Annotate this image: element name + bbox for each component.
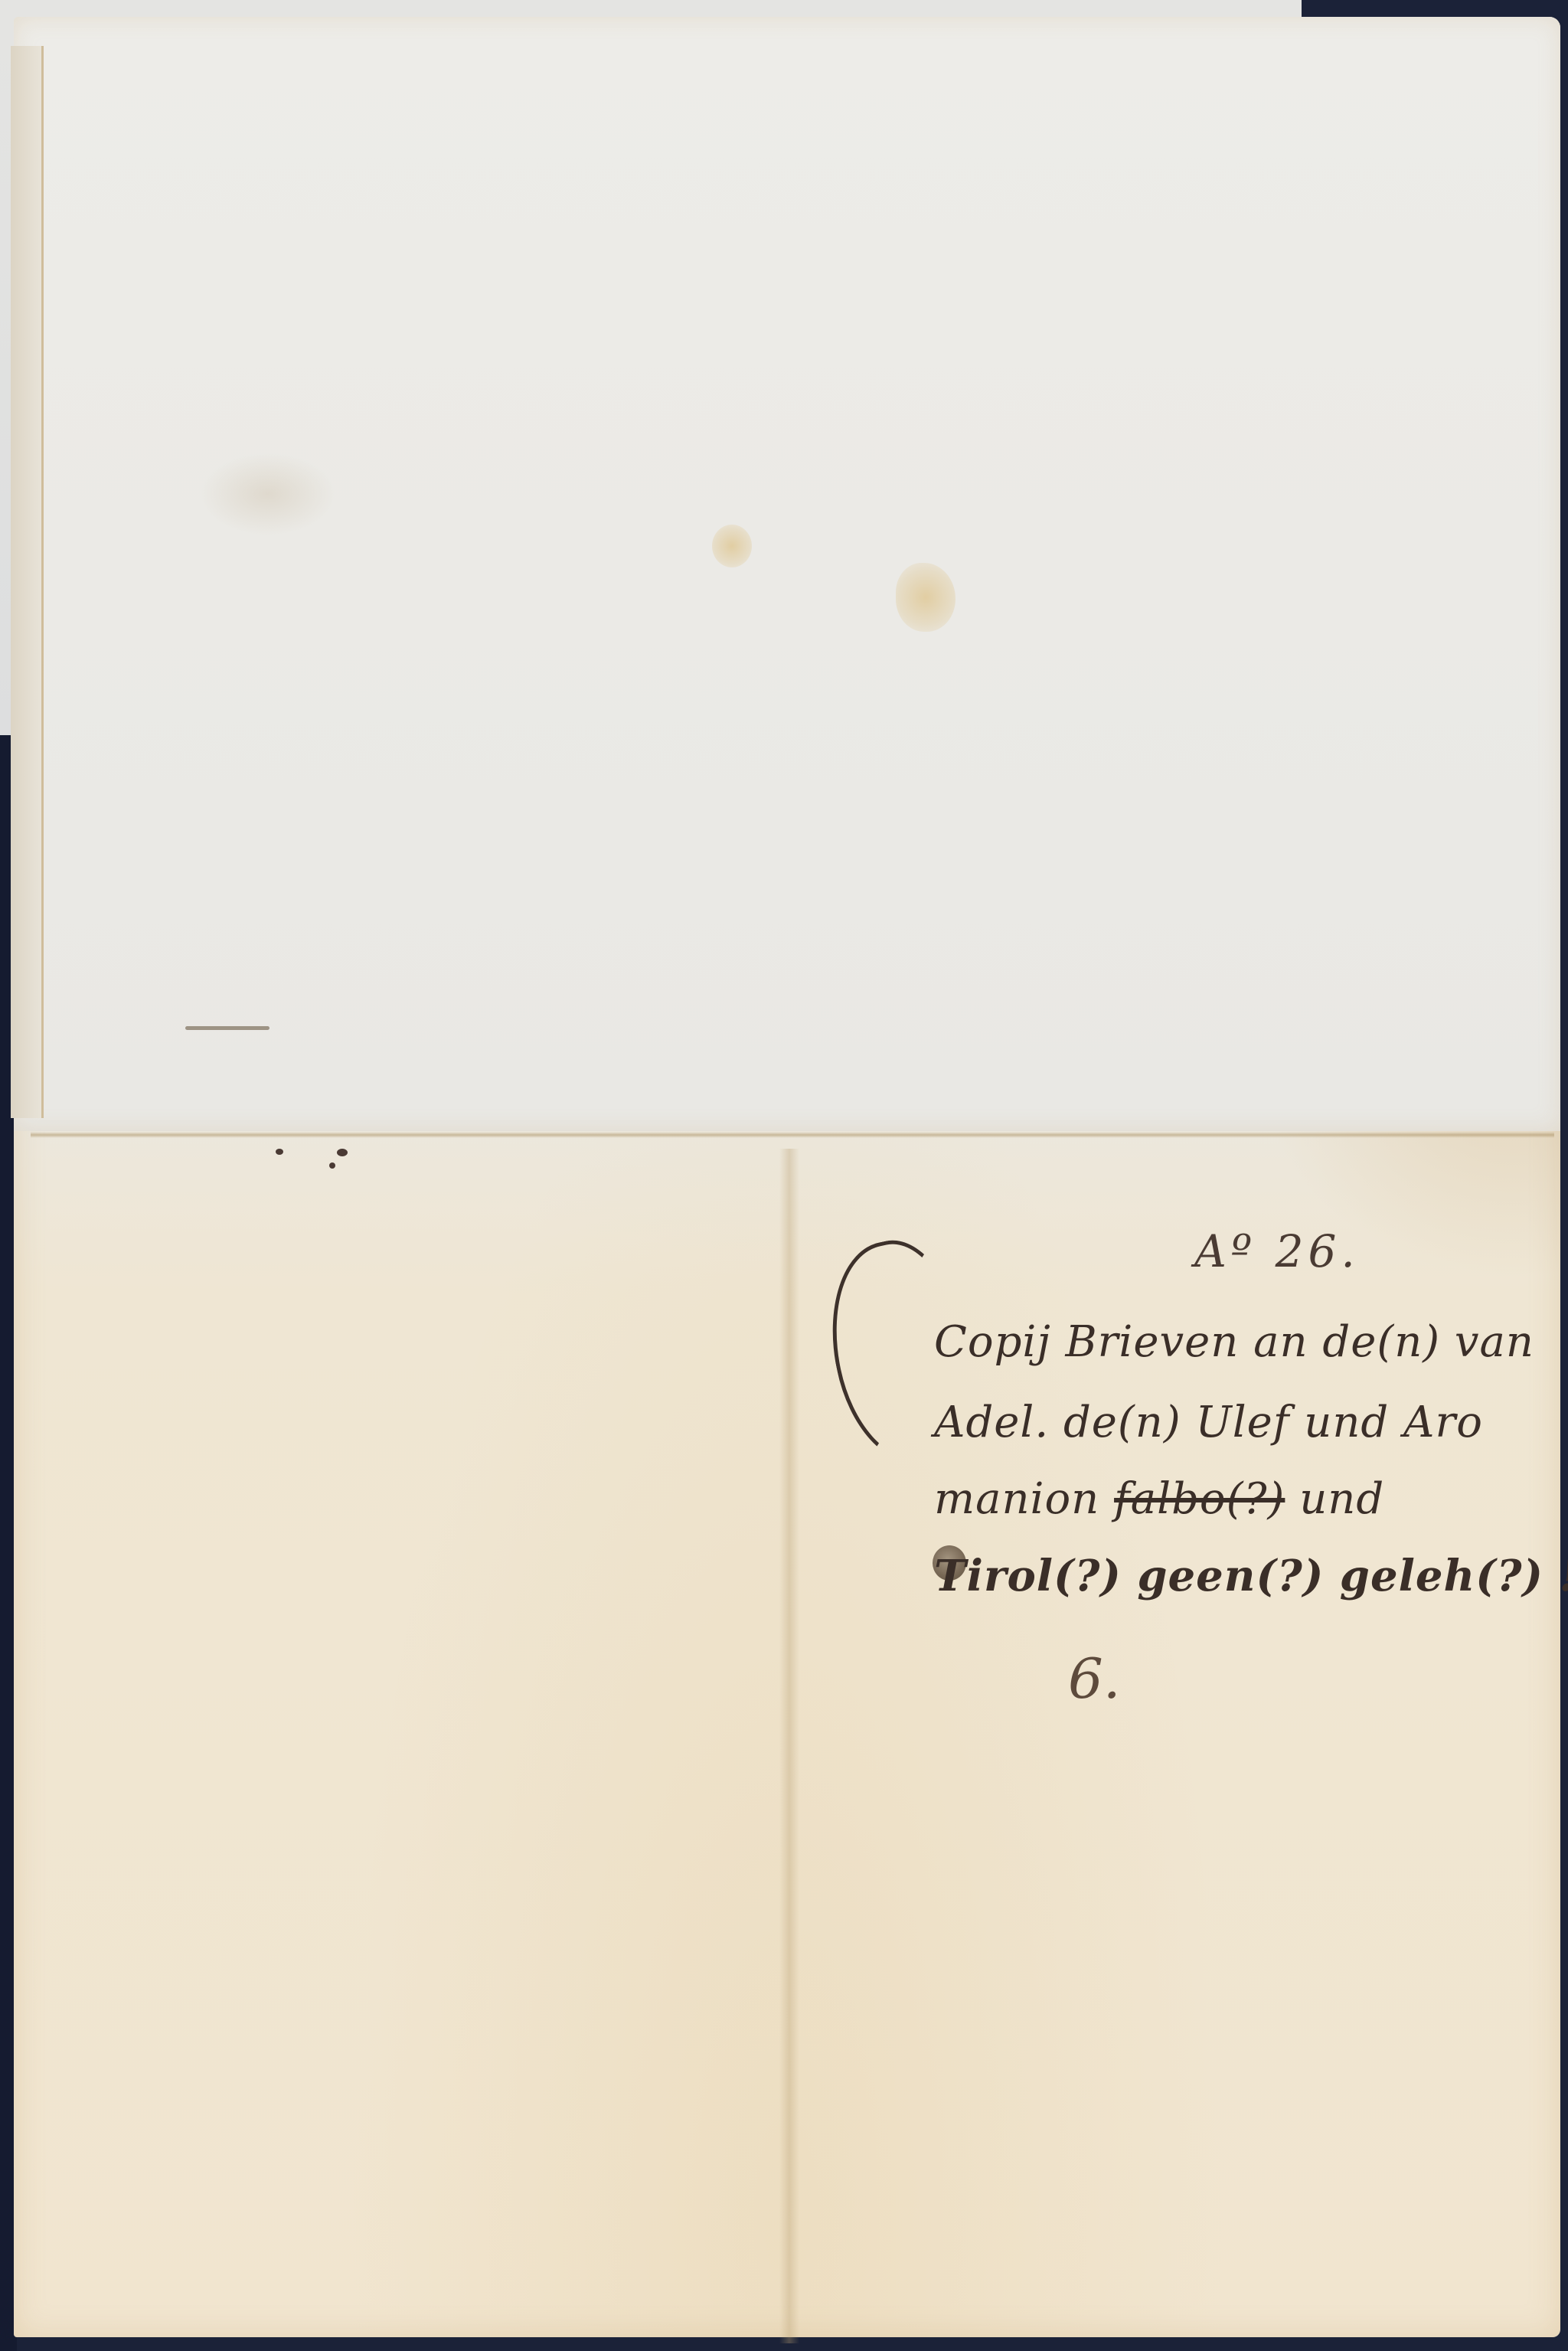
docket-word: und	[1299, 1474, 1384, 1524]
torn-left-edge	[11, 46, 44, 1118]
ink-scratch	[185, 1026, 269, 1030]
ink-speck	[329, 1162, 335, 1169]
ink-speck	[276, 1149, 283, 1155]
docket-line: Tirol(?) geen(?) geleh(?) !	[934, 1551, 1568, 1601]
struck-through-word: falbo(?)	[1114, 1474, 1285, 1524]
docket-line: manion falbo(?) und	[934, 1474, 1384, 1524]
docket-word: manion	[934, 1474, 1099, 1524]
docket-note: Aº 26. Copij Brieven an de(n) van Adel. …	[835, 1210, 1524, 1746]
paper-upper-panel	[14, 17, 1560, 1131]
vertical-fold-line	[779, 1149, 799, 2343]
docket-line: Copij Brieven an de(n) van	[934, 1317, 1534, 1367]
horizontal-fold-line	[31, 1132, 1554, 1138]
water-stain	[896, 563, 955, 632]
water-stain	[712, 525, 752, 567]
docket-line: Adel. de(n) Ulef und Aro	[934, 1398, 1483, 1447]
docket-number: Aº 26.	[1194, 1225, 1360, 1277]
ink-speck	[337, 1149, 348, 1156]
folio-mark: 6.	[1068, 1646, 1121, 1711]
faint-smudge	[199, 452, 337, 536]
